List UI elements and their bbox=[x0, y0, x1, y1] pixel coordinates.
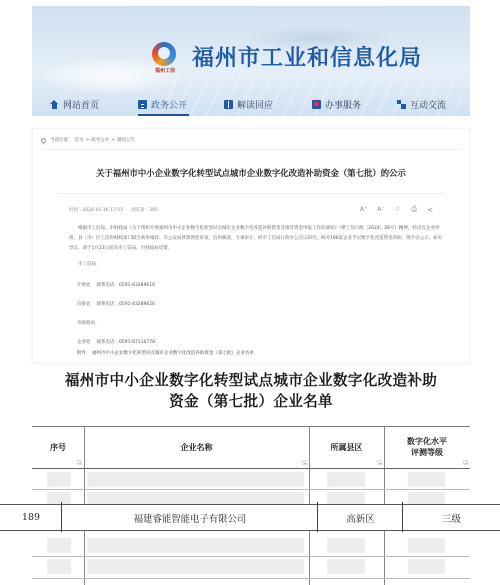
breadcrumb-home[interactable]: 首页 bbox=[75, 137, 84, 143]
book-icon bbox=[224, 100, 233, 109]
article-tools: A⁺ A⁻ bbox=[360, 205, 433, 214]
print-icon[interactable] bbox=[412, 205, 418, 214]
attachment: 附件： 福州市中小企业数字化转型试点城市企业数字化改造补助资金（第七批）企业名单 bbox=[77, 350, 254, 356]
contact-phone: 联系电话：0591-83289626 bbox=[97, 301, 155, 307]
redacted-cell bbox=[408, 472, 445, 487]
contact-phone: 联系电话：0591-83289616 bbox=[97, 282, 155, 288]
body-paragraph: 市工信局： bbox=[69, 260, 445, 270]
attachment-link[interactable]: 福州市中小企业数字化转型试点城市企业数字化改造补助资金（第七批）企业名单 bbox=[92, 351, 254, 356]
contact-dept: 信推处 bbox=[77, 301, 91, 307]
service-icon bbox=[312, 100, 321, 109]
highlighted-table-row: 189 福建睿能智能电子有限公司 高新区 三级 bbox=[0, 504, 500, 531]
body-paragraph: 根据市工信局、市财政局《关于组织开展福州市中小企业数字化转型试点城市企业数字化改… bbox=[69, 224, 445, 254]
nav-item-home[interactable]: 网站首页 bbox=[50, 92, 99, 116]
redacted-cell bbox=[87, 472, 304, 487]
row-level: 三级 bbox=[403, 505, 500, 530]
divider bbox=[41, 149, 461, 150]
article-body: 根据市工信局、市财政局《关于组织开展福州市中小企业数字化转型试点城市企业数字化改… bbox=[69, 224, 445, 270]
contact-dept: 市财政局： bbox=[77, 320, 100, 326]
contact-dept: 计财处 bbox=[77, 282, 91, 288]
redacted-cell bbox=[408, 538, 445, 553]
row-district: 高新区 bbox=[318, 505, 403, 530]
nav-item-label: 解读回应 bbox=[237, 98, 273, 111]
redacted-cell bbox=[327, 472, 365, 487]
breadcrumb-separator: > bbox=[86, 138, 90, 143]
contact-row: 企业处 联系电话：0591-87116778 bbox=[77, 332, 155, 351]
document-title-line: 资金（第七批）企业名单 bbox=[32, 391, 470, 412]
company-list-document: 福州市中小企业数字化转型试点城市企业数字化改造补助 资金（第七批）企业名单 序号… bbox=[32, 364, 470, 585]
nav-item-label: 互动交流 bbox=[410, 98, 446, 111]
contact-row: 信推处 联系电话：0591-83289626 bbox=[77, 294, 155, 313]
nav-item-label: 政务公开 bbox=[151, 98, 187, 111]
nav-item-interaction[interactable]: 互动交流 bbox=[397, 92, 446, 116]
row-index: 189 bbox=[0, 505, 62, 530]
font-increase-button[interactable]: A⁺ bbox=[360, 206, 367, 213]
publish-time: 时间：2026-01-16 17:55 bbox=[69, 207, 123, 213]
article-card: 当前位置： 首页 > 政务公开 > 通知公告 关于福州市中小企业数字化转型试点城… bbox=[32, 128, 470, 364]
home-icon bbox=[50, 100, 59, 109]
site-logo[interactable]: 福州工信 bbox=[150, 42, 180, 76]
redacted-cell bbox=[327, 559, 365, 574]
site-title: 福州市工业和信息化局 bbox=[192, 41, 422, 72]
redacted-cell bbox=[327, 538, 365, 553]
breadcrumb-prefix: 当前位置： bbox=[50, 137, 73, 143]
column-header-company: 企业名称 bbox=[84, 426, 309, 468]
breadcrumb-notices[interactable]: 通知公告 bbox=[117, 137, 135, 143]
interact-icon bbox=[397, 100, 406, 109]
column-header-level: 数字化水平评测等级 bbox=[384, 426, 470, 468]
filter-dropdown-icon[interactable] bbox=[463, 460, 468, 465]
row-divider bbox=[32, 556, 470, 557]
attachment-label: 附件： bbox=[77, 351, 91, 356]
divider bbox=[57, 193, 445, 194]
logo-emblem-icon bbox=[152, 42, 176, 66]
redacted-cell bbox=[87, 559, 304, 574]
nav-item-services[interactable]: 办事服务 bbox=[312, 92, 361, 116]
redacted-cell bbox=[47, 538, 71, 553]
redacted-cell bbox=[87, 538, 304, 553]
filter-dropdown-icon[interactable] bbox=[302, 460, 307, 465]
nav-item-label: 网站首页 bbox=[63, 98, 99, 111]
nav-item-government-affairs[interactable]: 政务公开 bbox=[138, 92, 187, 116]
nav-item-interpretation[interactable]: 解读回应 bbox=[224, 92, 273, 116]
article-meta: 时间：2026-01-16 17:55 浏览量：395 bbox=[69, 207, 158, 213]
contact-phone: 联系电话：0591-87116778 bbox=[97, 339, 155, 345]
font-decrease-button[interactable]: A⁻ bbox=[377, 206, 384, 213]
row-divider bbox=[32, 578, 470, 579]
column-header-district: 所属县区 bbox=[309, 426, 384, 468]
contact-list: 计财处 联系电话：0591-83289616 信推处 联系电话：0591-832… bbox=[77, 275, 155, 351]
redacted-cell bbox=[47, 559, 71, 574]
logo-text: 福州工信 bbox=[150, 67, 180, 74]
filter-dropdown-icon[interactable] bbox=[77, 460, 82, 465]
breadcrumb-government-affairs[interactable]: 政务公开 bbox=[91, 137, 109, 143]
row-divider bbox=[32, 489, 470, 490]
redacted-cell bbox=[47, 472, 71, 487]
row-company-name: 福建睿能智能电子有限公司 bbox=[62, 505, 318, 530]
contact-row: 计财处 联系电话：0591-83289616 bbox=[77, 275, 155, 294]
breadcrumb: 当前位置： 首页 > 政务公开 > 通知公告 bbox=[41, 137, 135, 143]
contact-dept: 企业处 bbox=[77, 339, 91, 345]
main-nav: 网站首页 政务公开 解读回应 办事服务 互动交流 bbox=[32, 92, 470, 116]
share-icon[interactable] bbox=[427, 206, 433, 214]
document-title: 福州市中小企业数字化转型试点城市企业数字化改造补助 资金（第七批）企业名单 bbox=[32, 370, 470, 412]
site-header-banner: 福州工信 福州市工业和信息化局 网站首页 政务公开 解读回应 办事服务 互动交流 bbox=[32, 6, 470, 116]
view-count: 浏览量：395 bbox=[131, 207, 158, 213]
breadcrumb-separator: > bbox=[111, 138, 115, 143]
nav-item-label: 办事服务 bbox=[325, 98, 361, 111]
favorite-star-icon[interactable] bbox=[395, 206, 402, 213]
contact-row: 市财政局： bbox=[77, 313, 155, 332]
location-pin-icon bbox=[40, 136, 47, 143]
document-title-line: 福州市中小企业数字化转型试点城市企业数字化改造补助 bbox=[32, 370, 470, 391]
column-header-index: 序号 bbox=[32, 426, 84, 468]
filter-dropdown-icon[interactable] bbox=[377, 460, 382, 465]
document-icon bbox=[138, 100, 147, 109]
article-title: 关于福州市中小企业数字化转型试点城市企业数字化改造补助资金（第七批）的公示 bbox=[33, 167, 469, 179]
redacted-cell bbox=[408, 559, 445, 574]
table-border bbox=[32, 468, 470, 469]
